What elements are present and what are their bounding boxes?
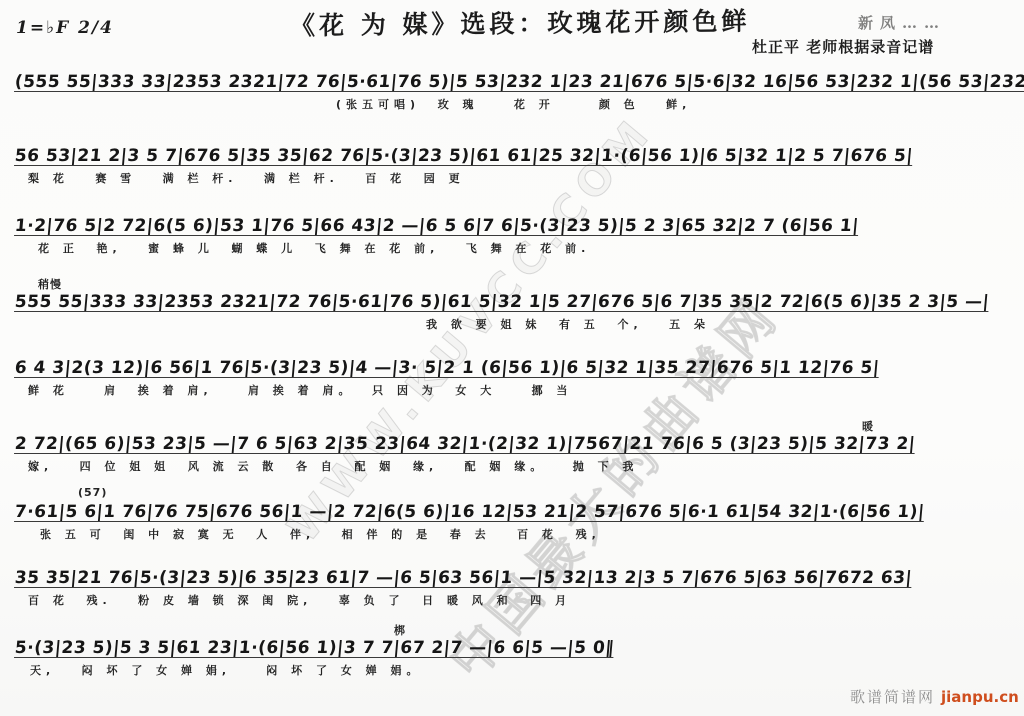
music-system: 暖 2 72|(65 6)|53 23|5 —|7 6 5|63 2|35 23… [14,434,1018,474]
watermark-slogan-text: 中国最大的曲谱网 [428,276,794,692]
rehearsal-annotation: (57) [78,486,107,499]
tempo-annotation: 稍慢 [38,276,62,292]
lyrics-line: 鲜 花 肩 挨 着 肩, 肩 挨 着 肩。 只 因 为 女 大 挪 当 [14,382,1018,398]
lyrics-line: 张 五 可 闺 中 寂 寞 无 人 伴, 相 伴 的 是 春 去 百 花 残, [14,526,1018,542]
lyrics-line: 我 欲 要 姐 妹 有 五 个, 五 朵 [14,316,1018,332]
music-system: (57) 7·61|5 6|1 76|76 75|676 56|1 —|2 72… [14,502,1018,542]
singer-credit: 新凤…… [858,12,946,33]
transcriber-credit: 杜正平 老师根据录音记谱 [752,36,934,57]
site-watermark: 歌谱简谱网jianpu.cn [850,686,1019,707]
lyrics-line: 嫁, 四 位 姐 姐 风 流 云 散 各 自 配 姻 缘, 配 姻 缘。 抛 下… [14,458,1018,474]
notation-line: 35 35|21 76|5·(3|23 5)|6 35|23 61|7 —|6 … [14,568,1020,588]
page-title: 《花 为 媒》选段：玫瑰花开颜色鲜 [290,2,751,43]
sheet-music-page: WWW.KUVCC.COM 中国最大的曲谱网 1=♭F 2/4 《花 为 媒》选… [0,0,1024,716]
notation-line: 6 4 3|2(3 12)|6 56|1 76|5·(3|23 5)|4 —|3… [14,358,1020,378]
music-system: (555 55|333 33|2353 2321|72 76|5·61|76 5… [14,72,1018,112]
lyrics-line: 花 正 艳, 蜜 蜂 儿 蝴 蝶 儿 飞 舞 在 花 前, 飞 舞 在 花 前. [14,240,1018,256]
music-system: 6 4 3|2(3 12)|6 56|1 76|5·(3|23 5)|4 —|3… [14,358,1018,398]
lyrics-line: 天, 闷 坏 了 女 婵 娟, 闷 坏 了 女 婵 娟。 [14,662,1018,678]
site-name: 歌谱简谱网 [850,688,935,706]
music-system: 35 35|21 76|5·(3|23 5)|6 35|23 61|7 —|6 … [14,568,1018,608]
key-time-signature: 1=♭F 2/4 [16,18,114,38]
notation-line: 5·(3|23 5)|5 3 5|61 23|1·(6|56 1)|3 7 7|… [14,638,1020,658]
tempo-annotation: 梆 [394,622,406,638]
music-system: 梆 5·(3|23 5)|5 3 5|61 23|1·(6|56 1)|3 7 … [14,638,1018,678]
lyrics-line: (张五可唱) 玫 瑰 花 开 颜 色 鲜, [14,96,1018,112]
notation-line: 1·2|76 5|2 72|6(5 6)|53 1|76 5|66 43|2 —… [14,216,1020,236]
music-system: 1·2|76 5|2 72|6(5 6)|53 1|76 5|66 43|2 —… [14,216,1018,256]
notation-line: 56 53|21 2|3 5 7|676 5|35 35|62 76|5·(3|… [14,146,1020,166]
site-url: jianpu.cn [941,688,1019,706]
music-system: 稍慢 555 55|333 33|2353 2321|72 76|5·61|76… [14,292,1018,332]
music-system: 56 53|21 2|3 5 7|676 5|35 35|62 76|5·(3|… [14,146,1018,186]
notation-line: 555 55|333 33|2353 2321|72 76|5·61|76 5)… [14,292,1020,312]
notation-line: 2 72|(65 6)|53 23|5 —|7 6 5|63 2|35 23|6… [14,434,1020,454]
tempo-annotation: 暖 [862,418,874,434]
notation-line: (555 55|333 33|2353 2321|72 76|5·61|76 5… [14,72,1020,92]
notation-line: 7·61|5 6|1 76|76 75|676 56|1 —|2 72|6(5 … [14,502,1020,522]
lyrics-line: 梨 花 赛 雪 满 栏 杆. 满 栏 杆. 百 花 园 更 [14,170,1018,186]
lyrics-line: 百 花 残. 粉 皮 墙 锁 深 闺 院, 辜 负 了 日 暖 风 和 四 月 [14,592,1018,608]
